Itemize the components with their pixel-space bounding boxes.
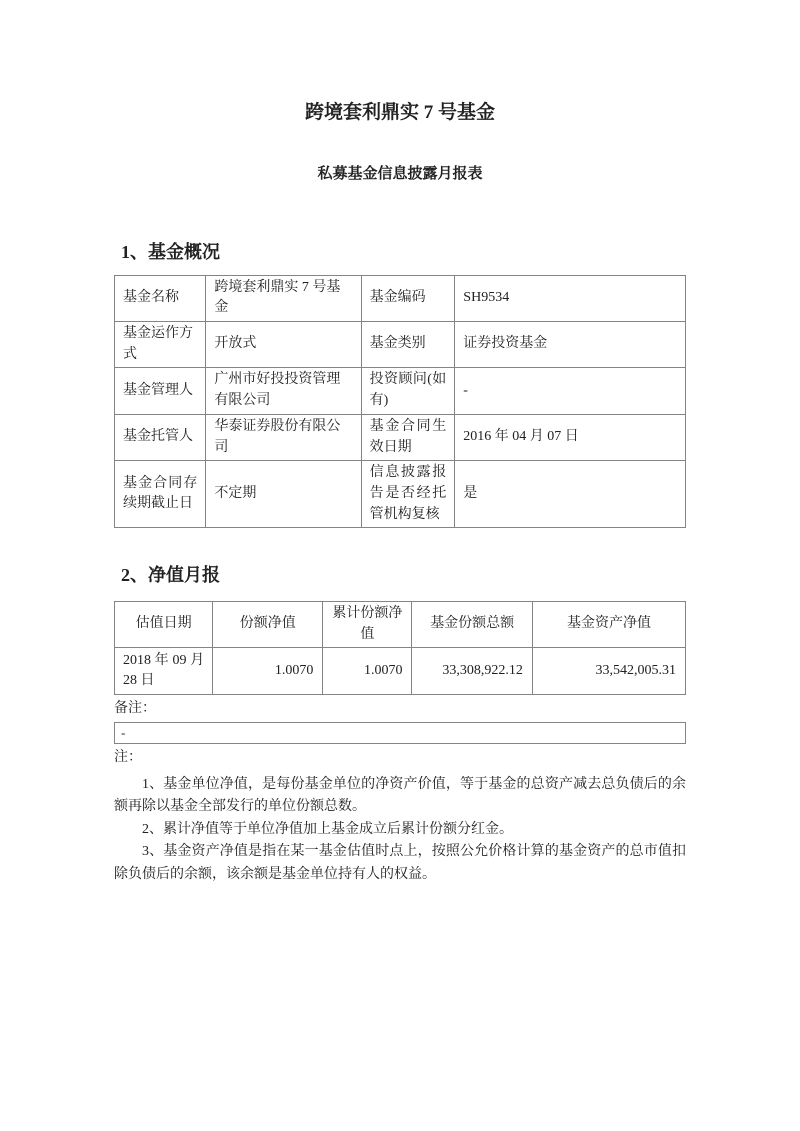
field-label: 基金合同生效日期: [361, 414, 455, 460]
field-label: 基金托管人: [115, 414, 206, 460]
net-value-table: 估值日期 份额净值 累计份额净值 基金份额总额 基金资产净值 2018 年 09…: [114, 601, 686, 695]
column-header: 份额净值: [213, 601, 323, 647]
table-row: 基金名称 跨境套利鼎实 7 号基金 基金编码 SH9534: [115, 275, 686, 321]
remarks-label: 备注：: [114, 700, 686, 719]
note-item: 1、基金单位净值，是每份基金单位的净资产价值，等于基金的总资产减去总负债后的余额…: [114, 774, 686, 819]
cumulative-nav: 1.0070: [323, 648, 412, 695]
field-label: 基金合同存续期截止日: [115, 461, 206, 528]
column-header: 基金份额总额: [412, 601, 532, 647]
field-value: -: [455, 368, 686, 414]
field-value: 跨境套利鼎实 7 号基金: [206, 275, 361, 321]
field-value: 2016 年 04 月 07 日: [455, 414, 686, 460]
column-header: 累计份额净值: [323, 601, 412, 647]
table-row: 基金托管人 华泰证券股份有限公司 基金合同生效日期 2016 年 04 月 07…: [115, 414, 686, 460]
field-label: 基金编码: [361, 275, 455, 321]
section1-heading: 1、基金概况: [114, 241, 686, 264]
field-label: 信息披露报告是否经托管机构复核: [361, 461, 455, 528]
net-asset-value: 33,542,005.31: [532, 648, 685, 695]
field-value: 不定期: [206, 461, 361, 528]
remarks-box: -: [114, 722, 686, 744]
nav-per-share: 1.0070: [213, 648, 323, 695]
table-row: 基金运作方式 开放式 基金类别 证券投资基金: [115, 321, 686, 367]
table-row: 基金管理人 广州市好投投资管理有限公司 投资顾问(如有) -: [115, 368, 686, 414]
field-label: 基金管理人: [115, 368, 206, 414]
column-header: 估值日期: [115, 601, 213, 647]
notes-label: 注：: [114, 749, 686, 768]
document-page: 跨境套利鼎实 7 号基金 私募基金信息披露月报表 1、基金概况 基金名称 跨境套…: [0, 0, 800, 1131]
page-subtitle: 私募基金信息披露月报表: [114, 165, 686, 185]
note-item: 3、基金资产净值是指在某一基金估值时点上，按照公允价格计算的基金资产的总市值扣除…: [114, 841, 686, 886]
section2-heading: 2、净值月报: [114, 564, 686, 587]
field-value: 华泰证券股份有限公司: [206, 414, 361, 460]
table-row: 2018 年 09 月 28 日 1.0070 1.0070 33,308,92…: [115, 648, 686, 695]
valuation-date: 2018 年 09 月 28 日: [115, 648, 213, 695]
field-value: 广州市好投投资管理有限公司: [206, 368, 361, 414]
document-content: 跨境套利鼎实 7 号基金 私募基金信息披露月报表 1、基金概况 基金名称 跨境套…: [114, 0, 686, 886]
note-item: 2、累计净值等于单位净值加上基金成立后累计份额分红金。: [114, 819, 686, 841]
total-shares: 33,308,922.12: [412, 648, 532, 695]
field-value: 是: [455, 461, 686, 528]
field-value: SH9534: [455, 275, 686, 321]
field-label: 基金运作方式: [115, 321, 206, 367]
table-row: 基金合同存续期截止日 不定期 信息披露报告是否经托管机构复核 是: [115, 461, 686, 528]
field-value: 开放式: [206, 321, 361, 367]
fund-overview-table: 基金名称 跨境套利鼎实 7 号基金 基金编码 SH9534 基金运作方式 开放式…: [114, 275, 686, 529]
field-label: 投资顾问(如有): [361, 368, 455, 414]
field-label: 基金类别: [361, 321, 455, 367]
table-header-row: 估值日期 份额净值 累计份额净值 基金份额总额 基金资产净值: [115, 601, 686, 647]
column-header: 基金资产净值: [532, 601, 685, 647]
page-title: 跨境套利鼎实 7 号基金: [114, 100, 686, 126]
field-label: 基金名称: [115, 275, 206, 321]
field-value: 证券投资基金: [455, 321, 686, 367]
notes-list: 1、基金单位净值，是每份基金单位的净资产价值，等于基金的总资产减去总负债后的余额…: [114, 774, 686, 886]
